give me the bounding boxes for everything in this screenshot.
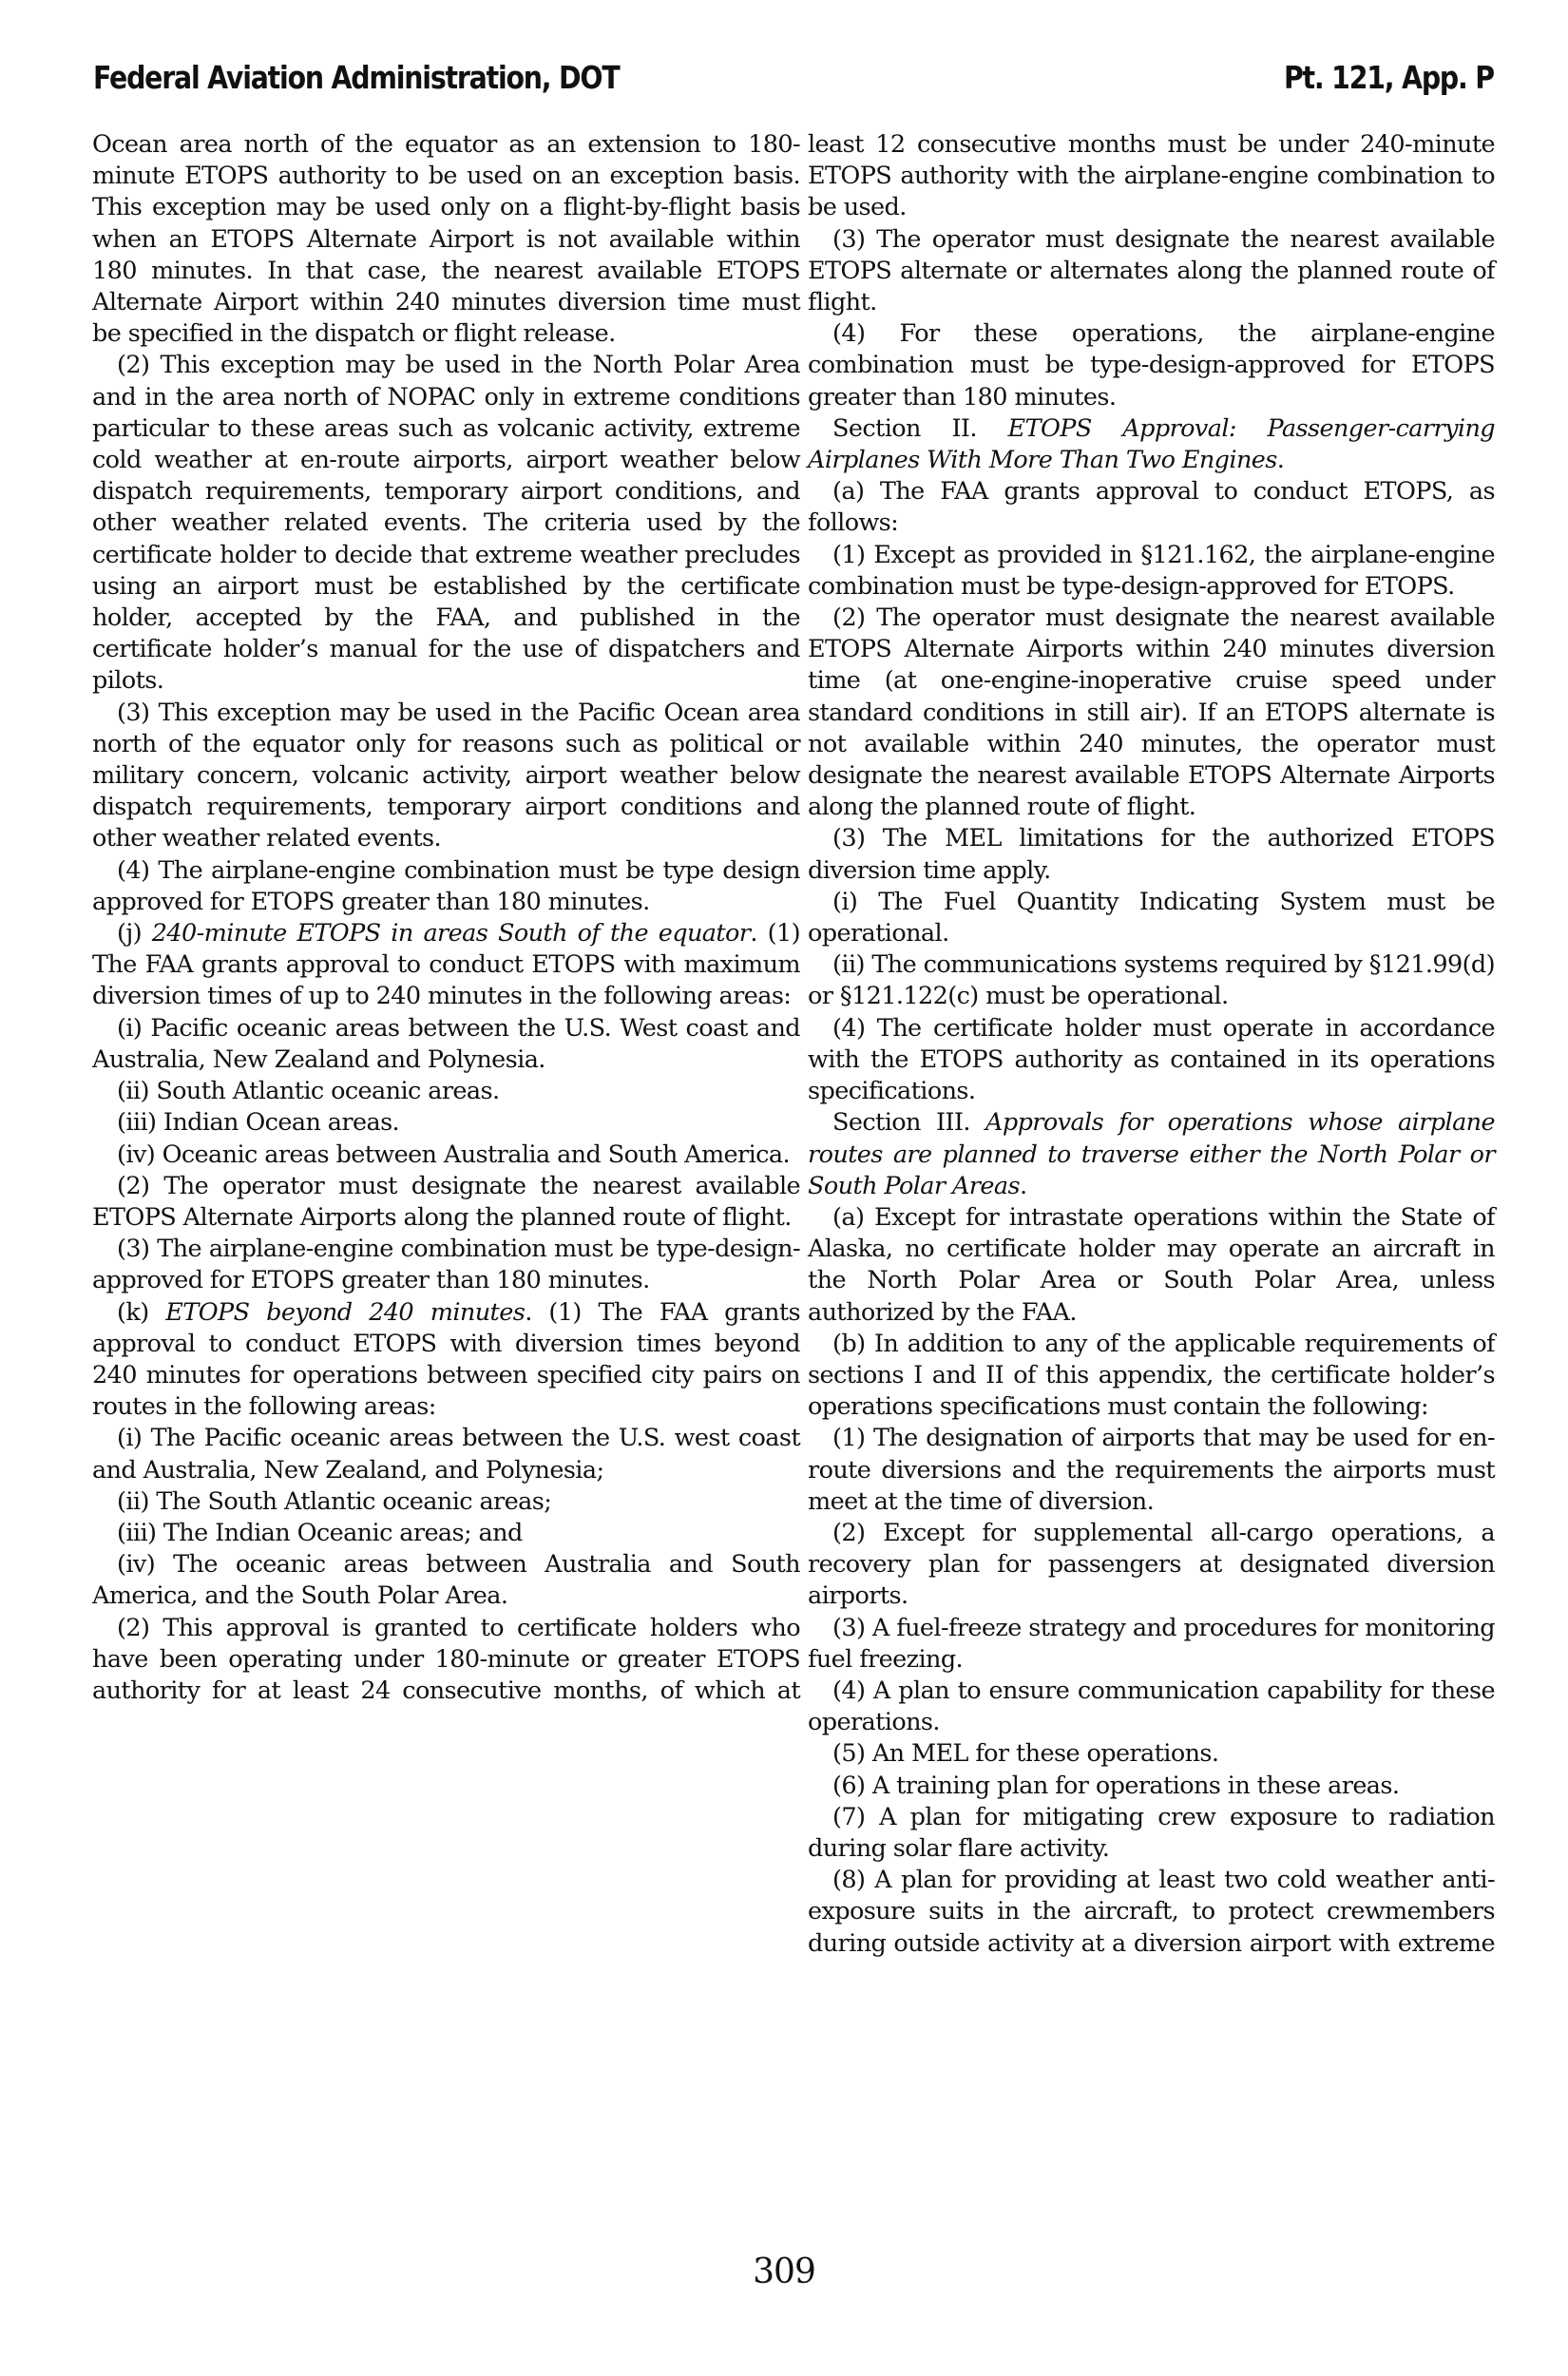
paragraph: (2) This exception may be used in the No… — [92, 350, 800, 697]
paragraph: (2) This approval is granted to certific… — [92, 1613, 800, 1708]
paragraph: (3) A fuel-freeze strategy and procedure… — [808, 1613, 1495, 1676]
section-heading: ETOPS beyond 240 minutes — [165, 1298, 525, 1327]
running-header: Federal Aviation Administration, DOT Pt.… — [93, 59, 1494, 101]
paragraph: (2) The operator must designate the near… — [808, 603, 1495, 823]
paragraph: (4) The certificate holder must operate … — [808, 1013, 1495, 1108]
paragraph: (a) Except for intrastate operations wit… — [808, 1202, 1495, 1329]
paragraph: least 12 consecutive months must be unde… — [808, 129, 1495, 224]
paragraph: (iv) The oceanic areas between Australia… — [92, 1549, 800, 1612]
right-column: least 12 consecutive months must be unde… — [808, 129, 1495, 1960]
paragraph: (1) The designation of airports that may… — [808, 1423, 1495, 1518]
section-heading: 240-minute ETOPS in areas South of the e… — [152, 919, 751, 948]
paragraph: (b) In addition to any of the applicable… — [808, 1329, 1495, 1424]
section-ii-heading: Section II. ETOPS Approval: Passenger-ca… — [808, 413, 1495, 476]
paragraph: (7) A plan for mitigating crew exposure … — [808, 1802, 1495, 1865]
paragraph: (ii) South Atlantic oceanic areas. — [92, 1076, 800, 1107]
paragraph: (iii) Indian Ocean areas. — [92, 1107, 800, 1139]
section-label: Section II. — [832, 414, 977, 443]
agency-header: Federal Aviation Administration, DOT — [93, 59, 619, 96]
paragraph: (3) The airplane-engine combination must… — [92, 1234, 800, 1296]
section-label: (j) — [117, 919, 142, 948]
paragraph: (5) An MEL for these operations. — [808, 1738, 1495, 1770]
paragraph: (2) The operator must designate the near… — [92, 1171, 800, 1234]
paragraph: (i) The Fuel Quantity Indicating System … — [808, 887, 1495, 949]
section-iii-heading: Section III. Approvals for operations wh… — [808, 1107, 1495, 1202]
paragraph: (4) The airplane-engine combination must… — [92, 855, 800, 918]
paragraph: (2) Except for supplemental all-cargo op… — [808, 1518, 1495, 1613]
paragraph: (6) A training plan for operations in th… — [808, 1771, 1495, 1802]
paragraph: (iii) The Indian Oceanic areas; and — [92, 1518, 800, 1549]
paragraph: Ocean area north of the equator as an ex… — [92, 129, 800, 350]
paragraph: (3) This exception may be used in the Pa… — [92, 698, 800, 855]
paragraph: (3) The operator must designate the near… — [808, 224, 1495, 319]
paragraph: (8) A plan for providing at least two co… — [808, 1865, 1495, 1960]
paragraph: (ii) The South Atlantic oceanic areas; — [92, 1486, 800, 1518]
paragraph-section-k: (k) ETOPS beyond 240 minutes. (1) The FA… — [92, 1297, 800, 1424]
left-column: Ocean area north of the equator as an ex… — [92, 129, 800, 1707]
paragraph: (i) The Pacific oceanic areas between th… — [92, 1423, 800, 1485]
paragraph: (ii) The communications systems required… — [808, 949, 1495, 1012]
page-number: 309 — [0, 2252, 1568, 2291]
paragraph: (iv) Oceanic areas between Australia and… — [92, 1140, 800, 1171]
paragraph: (4) For these operations, the airplane-e… — [808, 318, 1495, 413]
section-label: (k) — [117, 1298, 149, 1327]
section-end: . — [1277, 446, 1285, 474]
paragraph: (a) The FAA grants approval to conduct E… — [808, 476, 1495, 539]
paragraph: (3) The MEL limitations for the authoriz… — [808, 823, 1495, 886]
paragraph: (4) A plan to ensure communication capab… — [808, 1676, 1495, 1738]
paragraph: (i) Pacific oceanic areas between the U.… — [92, 1013, 800, 1076]
section-label: Section III. — [832, 1108, 970, 1137]
section-end: . — [1020, 1172, 1027, 1200]
paragraph-section-j: (j) 240-minute ETOPS in areas South of t… — [92, 918, 800, 1013]
paragraph: (1) Except as provided in §121.162, the … — [808, 540, 1495, 603]
part-header: Pt. 121, App. P — [1284, 59, 1494, 96]
